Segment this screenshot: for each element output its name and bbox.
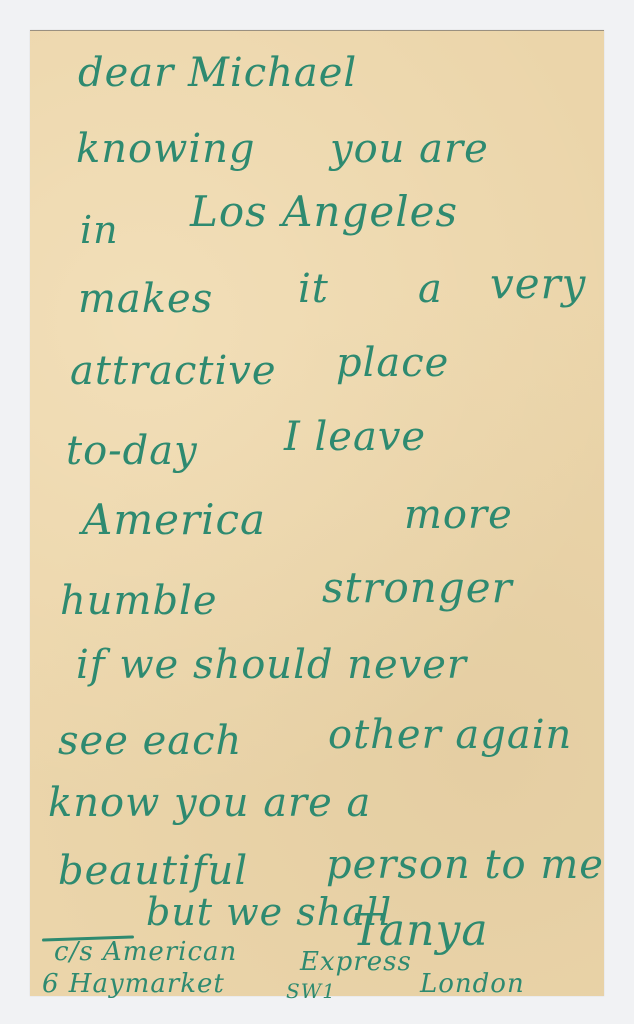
letter-word: humble [60, 581, 218, 621]
letter-word: person to me [326, 845, 604, 885]
letter-word: Los Angeles [190, 191, 458, 233]
letter-word: beautiful [58, 851, 248, 891]
letter-word: see each [58, 721, 242, 761]
letter-word: attractive [70, 351, 277, 391]
letter-word: it [298, 269, 329, 309]
letter-word: stronger [322, 567, 513, 609]
letter-word: more [404, 495, 513, 535]
letter-word: other again [328, 715, 572, 755]
address-line-2a: 6 Haymarket [42, 971, 225, 997]
address-line-1b: Express [300, 949, 412, 975]
letter-word: a [418, 269, 443, 309]
letter-word: know you are a [48, 783, 371, 823]
letter-word: knowing [76, 129, 255, 169]
letter-word: I leave [284, 417, 426, 457]
letter-word: America [82, 499, 266, 541]
letter-word: if we should never [76, 645, 467, 685]
address-line-2c: London [420, 971, 525, 997]
letter-card: dear Michael knowing you are in Los Ange… [30, 30, 604, 996]
address-line-2b: SW1 [286, 981, 336, 1001]
salutation: dear Michael [78, 53, 357, 93]
letter-word: in [80, 211, 119, 249]
address-line-1a: c/s American [54, 939, 237, 965]
letter-word: to-day [66, 431, 198, 471]
letter-word: you are [330, 129, 489, 169]
letter-word: very [490, 263, 586, 305]
letter-word: makes [78, 279, 213, 319]
letter-word: place [336, 343, 449, 383]
